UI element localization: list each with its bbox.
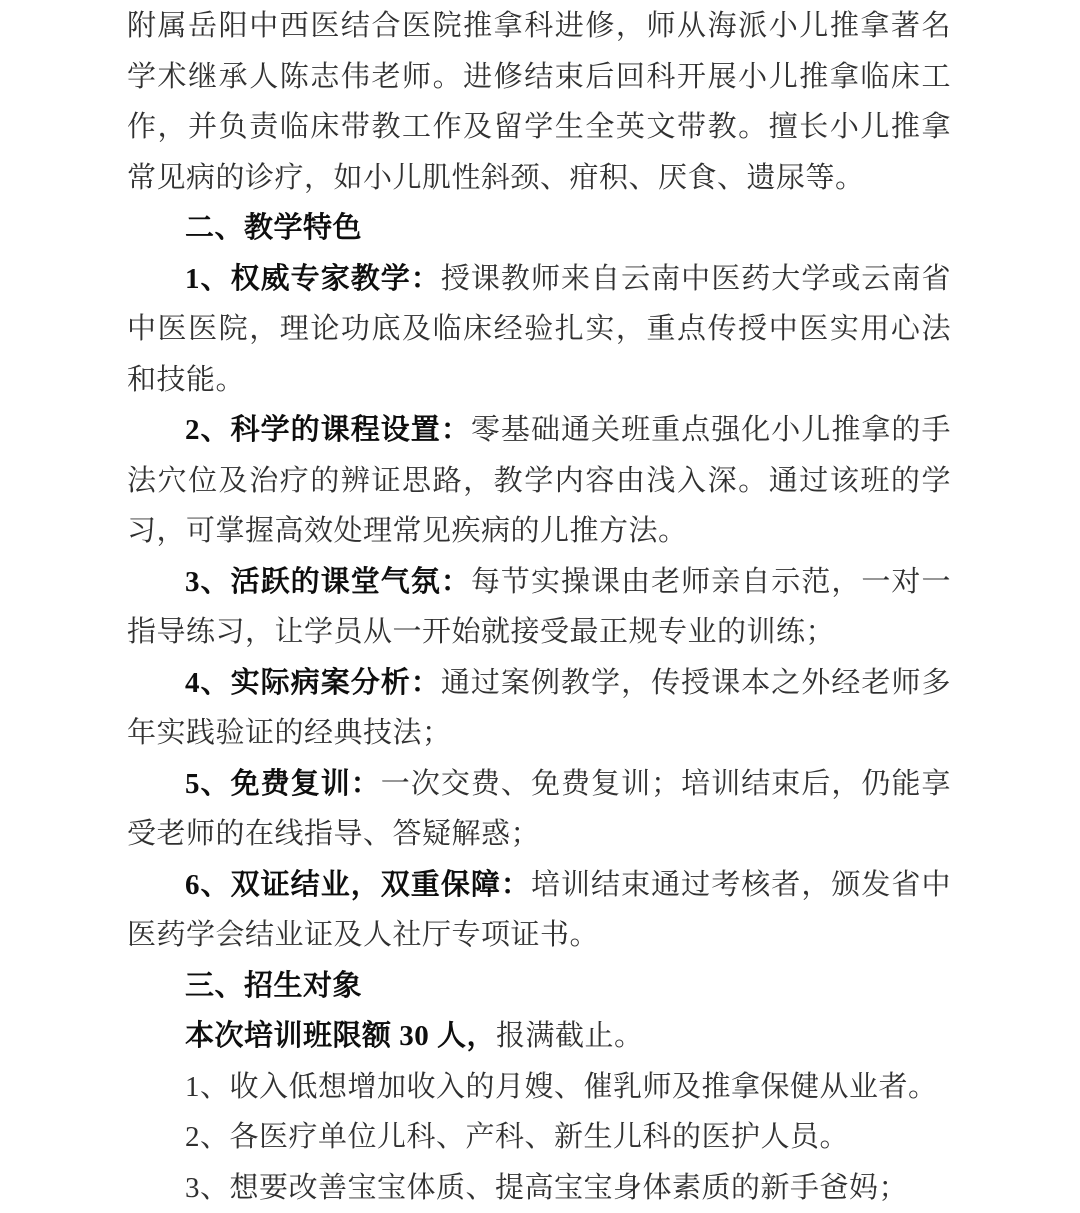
enrollment-target-item-1: 1、收入低想增加收入的月嫂、催乳师及推拿保健从业者。 — [127, 1062, 951, 1113]
feature-item-scientific-curriculum: 2、科学的课程设置：零基础通关班重点强化小儿推拿的手法穴位及治疗的辨证思路，教学… — [127, 405, 951, 557]
feature-lead: 2、科学的课程设置： — [185, 414, 471, 446]
feature-lead: 4、实际病案分析： — [185, 667, 441, 699]
document-page: 附属岳阳中西医结合医院推拿科进修，师从海派小儿推拿著名学术继承人陈志伟老师。进修… — [0, 0, 1080, 1213]
paragraph-enrollment-limit: 本次培训班限额 30 人，报满截止。 — [127, 1011, 951, 1062]
enrollment-limit-lead: 本次培训班限额 30 人， — [185, 1020, 496, 1052]
enrollment-target-text: 3、想要改善宝宝体质、提高宝宝身体素质的新手爸妈； — [185, 1172, 908, 1204]
feature-item-dual-certificates: 6、双证结业，双重保障：培训结束通过考核者，颁发省中医药学会结业证及人社厅专项证… — [127, 860, 951, 961]
feature-item-authoritative-teaching: 1、权威专家教学：授课教师来自云南中医药大学或云南省中医医院，理论功底及临床经验… — [127, 254, 951, 406]
enrollment-target-item-3: 3、想要改善宝宝体质、提高宝宝身体素质的新手爸妈； — [127, 1163, 951, 1213]
enrollment-target-text: 2、各医疗单位儿科、产科、新生儿科的医护人员。 — [185, 1121, 849, 1153]
enrollment-limit-text: 报满截止。 — [496, 1020, 644, 1052]
feature-item-free-retraining: 5、免费复训：一次交费、免费复训；培训结束后，仍能享受老师的在线指导、答疑解惑； — [127, 759, 951, 860]
section-heading-enrollment-targets: 三、招生对象 — [127, 961, 951, 1012]
paragraph-instructor-bio: 附属岳阳中西医结合医院推拿科进修，师从海派小儿推拿著名学术继承人陈志伟老师。进修… — [127, 1, 951, 203]
enrollment-target-item-2: 2、各医疗单位儿科、产科、新生儿科的医护人员。 — [127, 1112, 951, 1163]
section-heading-teaching-features: 二、教学特色 — [127, 203, 951, 254]
feature-item-active-classroom: 3、活跃的课堂气氛：每节实操课由老师亲自示范，一对一指导练习，让学员从一开始就接… — [127, 557, 951, 658]
feature-lead: 5、免费复训： — [185, 768, 381, 800]
paragraph-text: 附属岳阳中西医结合医院推拿科进修，师从海派小儿推拿著名学术继承人陈志伟老师。进修… — [127, 10, 951, 194]
feature-lead: 1、权威专家教学： — [185, 263, 441, 295]
document-text-block: 附属岳阳中西医结合医院推拿科进修，师从海派小儿推拿著名学术继承人陈志伟老师。进修… — [127, 1, 951, 1213]
feature-lead: 6、双证结业，双重保障： — [185, 869, 531, 901]
feature-lead: 3、活跃的课堂气氛： — [185, 566, 471, 598]
enrollment-target-text: 1、收入低想增加收入的月嫂、催乳师及推拿保健从业者。 — [185, 1071, 938, 1103]
feature-item-case-analysis: 4、实际病案分析：通过案例教学，传授课本之外经老师多年实践验证的经典技法； — [127, 658, 951, 759]
